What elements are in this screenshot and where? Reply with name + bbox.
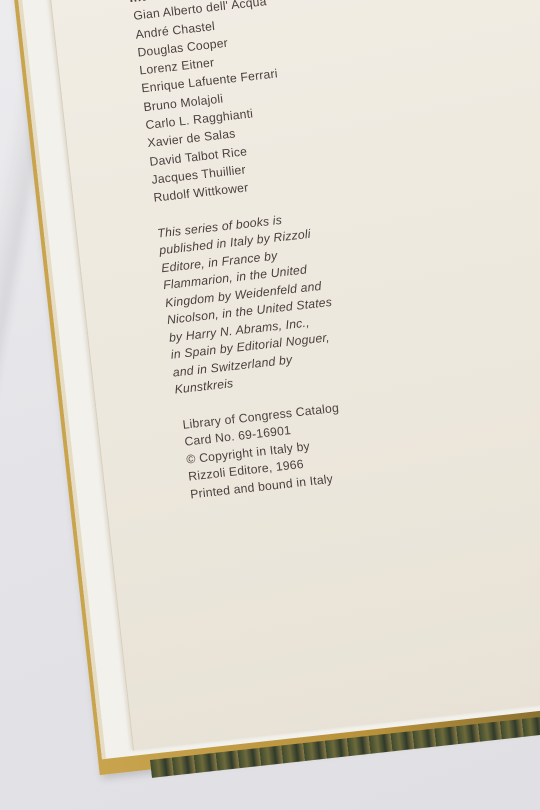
colophon-text: International Advisory Board Gian Albert… [130, 0, 367, 504]
publishing-statement: This series of books is published in Ita… [157, 205, 357, 399]
advisory-board-names: Gian Alberto dell' Acqua André Chastel D… [132, 0, 335, 207]
colophon-page: International Advisory Board Gian Albert… [48, 0, 540, 750]
book: International Advisory Board Gian Albert… [0, 0, 540, 810]
catalog-copyright-block: Library of Congress Catalog Card No. 69-… [182, 397, 368, 503]
